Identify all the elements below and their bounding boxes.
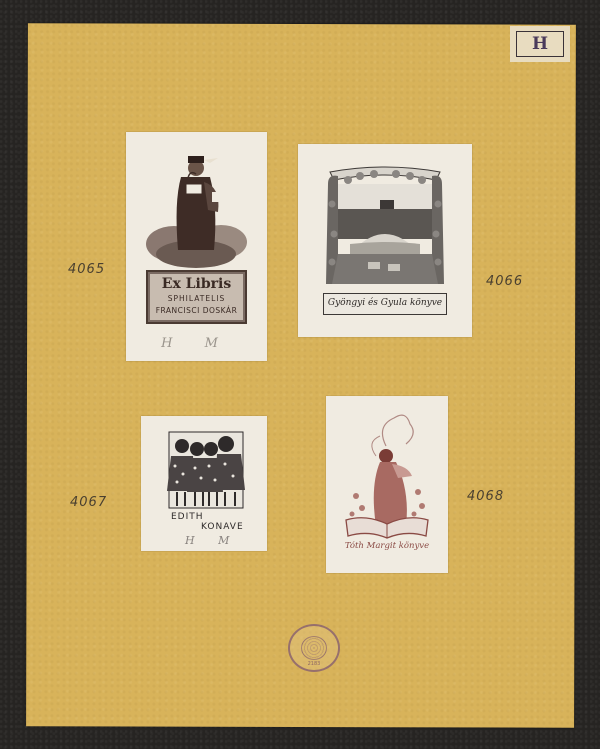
stamp-number: 2183 bbox=[290, 661, 338, 667]
bookplate-4067-signature: H M bbox=[185, 534, 239, 547]
corner-label-box: H bbox=[516, 31, 564, 57]
bookplate-4067-caption-1: EDITH bbox=[171, 512, 204, 522]
bookplate-4065-caption-1: Ex Libris bbox=[150, 276, 243, 292]
monk-illustration-icon bbox=[126, 132, 267, 361]
inventory-number-4066: 4066 bbox=[486, 274, 523, 289]
bookplate-4067[interactable]: EDITH KONAVE H M bbox=[141, 416, 267, 551]
inventory-number-4068: 4068 bbox=[467, 489, 504, 504]
inventory-number-4067: 4067 bbox=[70, 495, 107, 510]
collection-stamp: 2183 bbox=[288, 624, 340, 672]
corner-label-text: H bbox=[532, 34, 548, 54]
bookplate-4065-signature: H M bbox=[126, 336, 267, 351]
bookplate-4066[interactable]: Gyöngyi és Gyula könyve bbox=[298, 144, 472, 337]
inventory-number-4065: 4065 bbox=[68, 262, 105, 277]
corner-label: H bbox=[510, 26, 570, 62]
bookplate-4068-caption: Tóth Margit könyve bbox=[326, 541, 448, 551]
bookplate-4065[interactable]: Ex Libris SPHILATELIS FRANCISCI DOSKÁR H… bbox=[126, 132, 267, 361]
bookplate-4065-caption-box: Ex Libris SPHILATELIS FRANCISCI DOSKÁR bbox=[146, 270, 247, 324]
bookplate-4065-caption-2: SPHILATELIS bbox=[150, 294, 243, 303]
bookplate-4067-caption-2: KONAVE bbox=[201, 522, 244, 532]
stamp-emblem-icon bbox=[301, 636, 327, 660]
bookplate-4066-caption-box: Gyöngyi és Gyula könyve bbox=[323, 293, 447, 315]
bookplate-4068[interactable]: Tóth Margit könyve bbox=[326, 396, 448, 573]
bookplate-4065-caption-3: FRANCISCI DOSKÁR bbox=[150, 306, 243, 315]
yellow-mount-board bbox=[26, 23, 576, 727]
bookplate-4066-caption: Gyöngyi és Gyula könyve bbox=[324, 298, 446, 308]
